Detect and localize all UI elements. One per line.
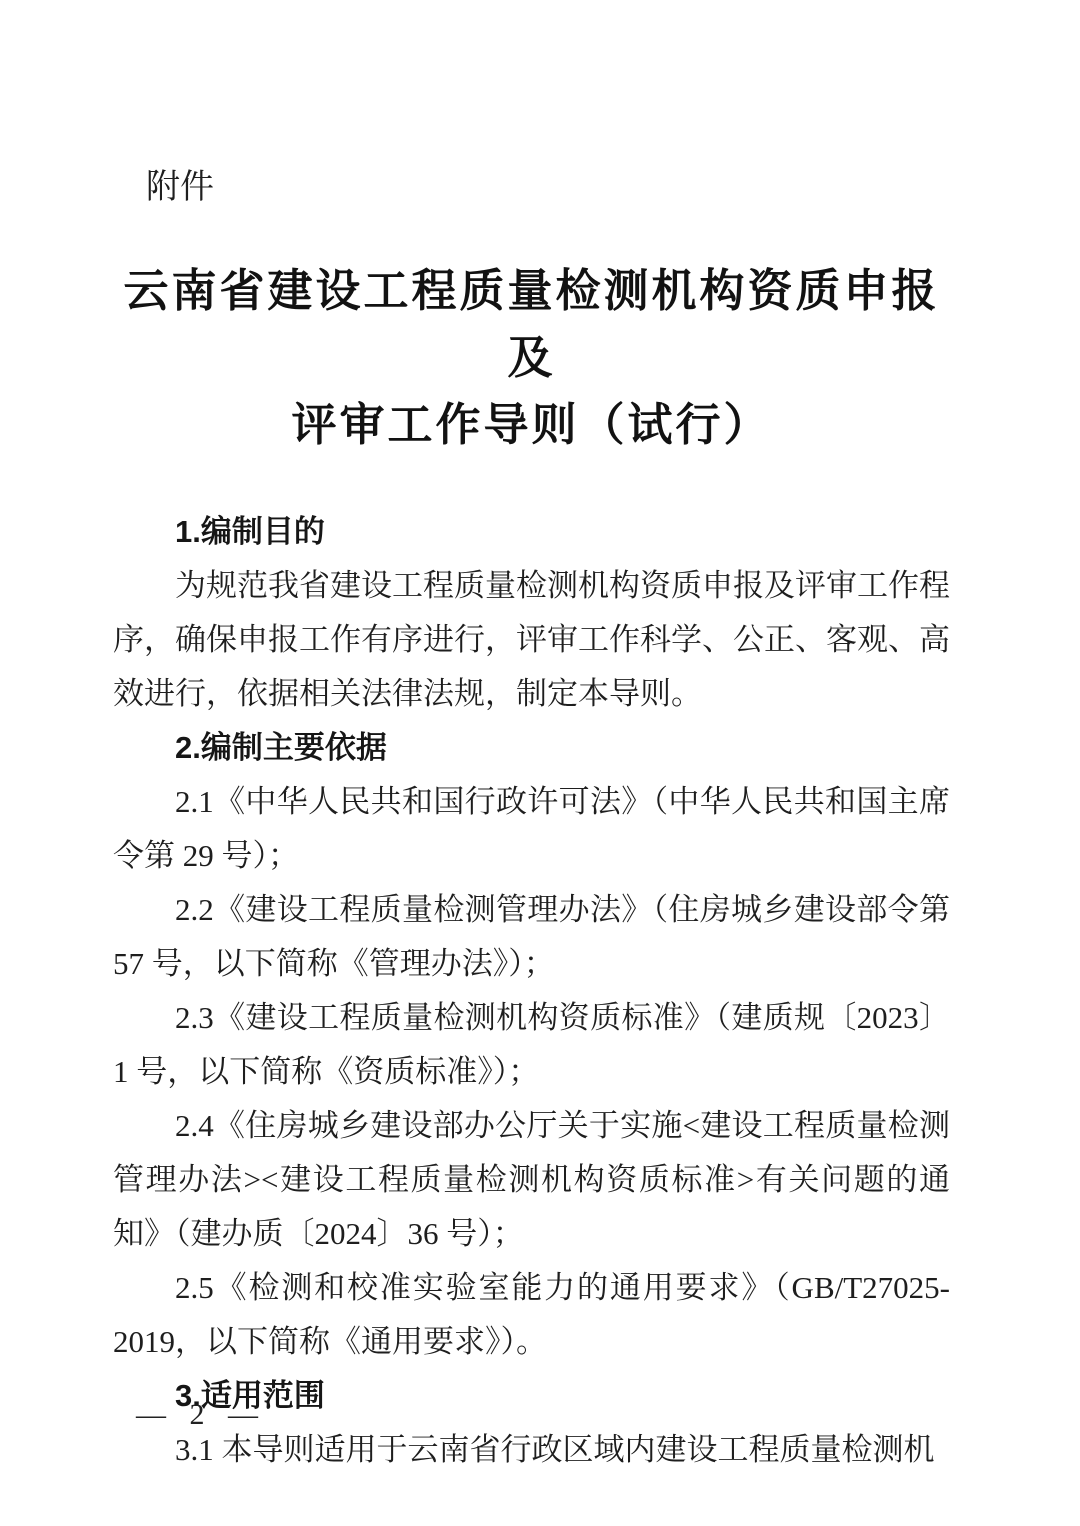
paragraph-basis-2-3: 2.3《建设工程质量检测机构资质标准》（建质规〔2023〕1 号，以下简称《资质… xyxy=(113,991,950,1099)
document-body: 1.编制目的 为规范我省建设工程质量检测机构资质申报及评审工作程序，确保申报工作… xyxy=(113,505,950,1477)
section-heading-purpose: 1.编制目的 xyxy=(113,505,950,559)
section-heading-basis: 2.编制主要依据 xyxy=(113,721,950,775)
document-title-line2: 评审工作导则（试行） xyxy=(113,392,950,459)
document-page: 附件 云南省建设工程质量检测机构资质申报及 评审工作导则（试行） 1.编制目的 … xyxy=(0,0,1080,1526)
document-title: 云南省建设工程质量检测机构资质申报及 评审工作导则（试行） xyxy=(113,258,950,459)
paragraph-basis-2-5: 2.5《检测和校准实验室能力的通用要求》（GB/T27025-2019，以下简称… xyxy=(113,1261,950,1369)
page-number: — 2 — xyxy=(136,1398,266,1432)
attachment-label: 附件 xyxy=(146,168,950,206)
paragraph-purpose: 为规范我省建设工程质量检测机构资质申报及评审工作程序，确保申报工作有序进行，评审… xyxy=(113,559,950,721)
paragraph-basis-2-1: 2.1《中华人民共和国行政许可法》（中华人民共和国主席令第 29 号）； xyxy=(113,775,950,883)
paragraph-basis-2-4: 2.4《住房城乡建设部办公厅关于实施<建设工程质量检测管理办法><建设工程质量检… xyxy=(113,1099,950,1261)
document-title-line1: 云南省建设工程质量检测机构资质申报及 xyxy=(113,258,950,392)
paragraph-basis-2-2: 2.2《建设工程质量检测管理办法》（住房城乡建设部令第 57 号，以下简称《管理… xyxy=(113,883,950,991)
